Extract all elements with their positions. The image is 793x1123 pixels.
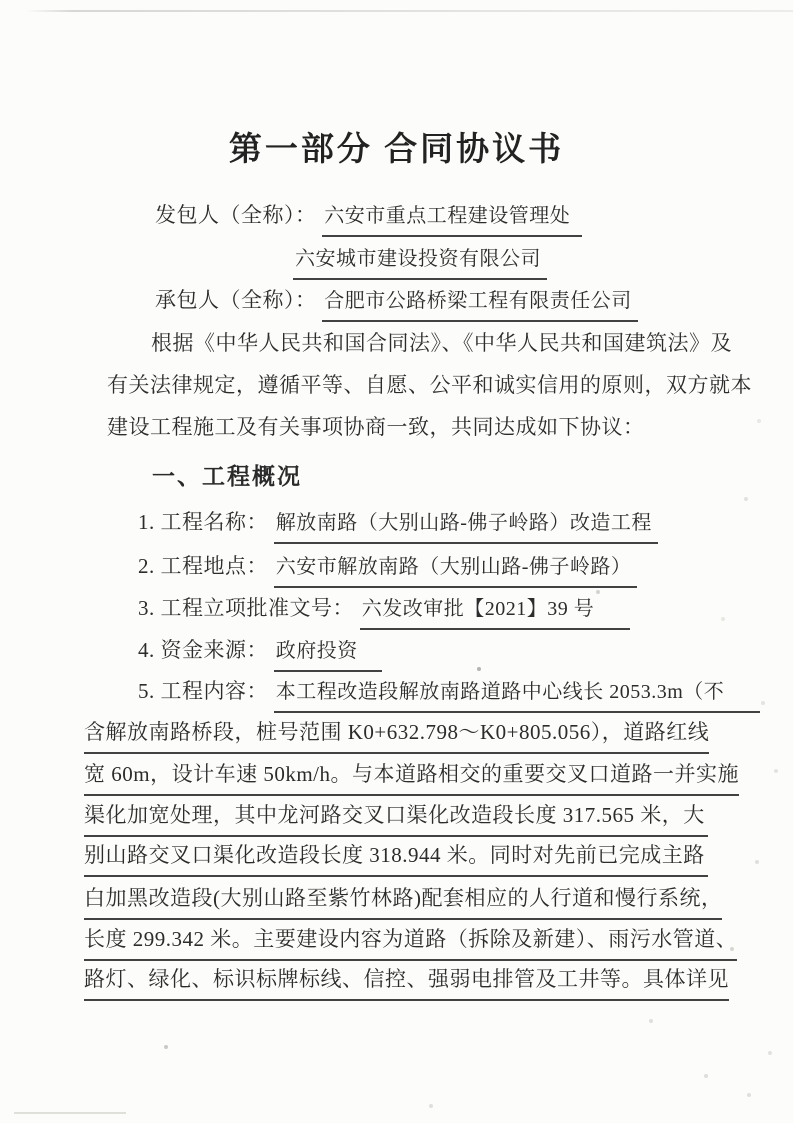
project-content-line-8-row: 路灯、绿化、标识标牌标线、信控、强弱电排管及工井等。具体详见 bbox=[84, 964, 729, 1001]
employer-name-line2: 六安城市建设投资有限公司 bbox=[293, 244, 547, 280]
project-name-row: 1. 工程名称： 解放南路（大别山路-佛子岭路）改造工程 bbox=[138, 507, 658, 544]
funding-source-label: 4. 资金来源： bbox=[138, 638, 268, 662]
employer-name-line1: 六安市重点工程建设管理处 bbox=[322, 201, 582, 237]
scan-top-edge bbox=[26, 10, 793, 12]
section-heading-overview: 一、工程概况 bbox=[152, 461, 302, 491]
scan-bottom-edge bbox=[14, 1112, 126, 1114]
employer-row-2: 六安城市建设投资有限公司 bbox=[293, 243, 547, 280]
preamble-line-3: 建设工程施工及有关事项协商一致，共同达成如下协议： bbox=[107, 412, 645, 442]
project-content-line-8: 路灯、绿化、标识标牌标线、信控、强弱电排管及工井等。具体详见 bbox=[84, 964, 729, 1001]
project-content-line-3: 宽 60m，设计车速 50km/h。与本道路相交的重要交叉口道路一并实施 bbox=[84, 759, 739, 796]
page-title: 第一部分 合同协议书 bbox=[0, 128, 793, 172]
project-content-line-2: 含解放南路桥段，桩号范围 K0+632.798～K0+805.056），道路红线 bbox=[84, 717, 709, 754]
contractor-label: 承包人（全称）： bbox=[155, 288, 317, 312]
funding-source-value: 政府投资 bbox=[274, 636, 382, 672]
contractor-name: 合肥市公路桥梁工程有限责任公司 bbox=[322, 286, 638, 322]
project-content-line-3-row: 宽 60m，设计车速 50km/h。与本道路相交的重要交叉口道路一并实施 bbox=[84, 759, 739, 796]
contract-page: 第一部分 合同协议书 发包人（全称）： 六安市重点工程建设管理处 六安城市建设投… bbox=[0, 0, 793, 1123]
project-content-line-7-row: 长度 299.342 米。主要建设内容为道路（拆除及新建）、雨污水管道、 bbox=[84, 924, 737, 961]
preamble-line-1: 根据《中华人民共和国合同法》、《中华人民共和国建筑法》及 bbox=[151, 328, 732, 358]
project-content-row: 5. 工程内容： 本工程改造段解放南路道路中心线长 2053.3m（不 bbox=[138, 676, 760, 713]
project-content-line-1: 本工程改造段解放南路道路中心线长 2053.3m（不 bbox=[274, 677, 760, 713]
project-location-label: 2. 工程地点： bbox=[138, 554, 268, 578]
project-content-line-2-row: 含解放南路桥段，桩号范围 K0+632.798～K0+805.056），道路红线 bbox=[84, 717, 709, 754]
preamble-line-2: 有关法律规定，遵循平等、自愿、公平和诚实信用的原则，双方就本 bbox=[107, 370, 752, 400]
project-content-line-4: 渠化加宽处理，其中龙河路交叉口渠化改造段长度 317.565 米，大 bbox=[84, 800, 708, 837]
project-location-row: 2. 工程地点： 六安市解放南路（大别山路-佛子岭路） bbox=[138, 551, 637, 588]
project-content-line-5-row: 别山路交叉口渠化改造段长度 318.944 米。同时对先前已完成主路 bbox=[84, 840, 708, 877]
project-content-line-6: 白加黑改造段(大别山路至紫竹林路)配套相应的人行道和慢行系统， bbox=[84, 883, 722, 920]
project-name-value: 解放南路（大别山路-佛子岭路）改造工程 bbox=[274, 508, 658, 544]
project-content-line-7: 长度 299.342 米。主要建设内容为道路（拆除及新建）、雨污水管道、 bbox=[84, 924, 737, 961]
project-location-value: 六安市解放南路（大别山路-佛子岭路） bbox=[274, 552, 638, 588]
contractor-row: 承包人（全称）： 合肥市公路桥梁工程有限责任公司 bbox=[155, 285, 638, 322]
project-content-line-4-row: 渠化加宽处理，其中龙河路交叉口渠化改造段长度 317.565 米，大 bbox=[84, 800, 708, 837]
employer-row: 发包人（全称）： 六安市重点工程建设管理处 bbox=[155, 200, 582, 237]
employer-label: 发包人（全称）： bbox=[155, 203, 317, 227]
approval-number-value: 六发改审批【2021】39 号 bbox=[360, 594, 630, 630]
funding-source-row: 4. 资金来源： 政府投资 bbox=[138, 635, 382, 672]
approval-number-label: 3. 工程立项批准文号： bbox=[138, 596, 354, 620]
project-content-label: 5. 工程内容： bbox=[138, 679, 268, 703]
scan-noise bbox=[0, 0, 2, 2]
project-content-line-6-row: 白加黑改造段(大别山路至紫竹林路)配套相应的人行道和慢行系统， bbox=[84, 883, 722, 920]
approval-number-row: 3. 工程立项批准文号： 六发改审批【2021】39 号 bbox=[138, 593, 630, 630]
project-content-line-5: 别山路交叉口渠化改造段长度 318.944 米。同时对先前已完成主路 bbox=[84, 840, 708, 877]
project-name-label: 1. 工程名称： bbox=[138, 510, 268, 534]
